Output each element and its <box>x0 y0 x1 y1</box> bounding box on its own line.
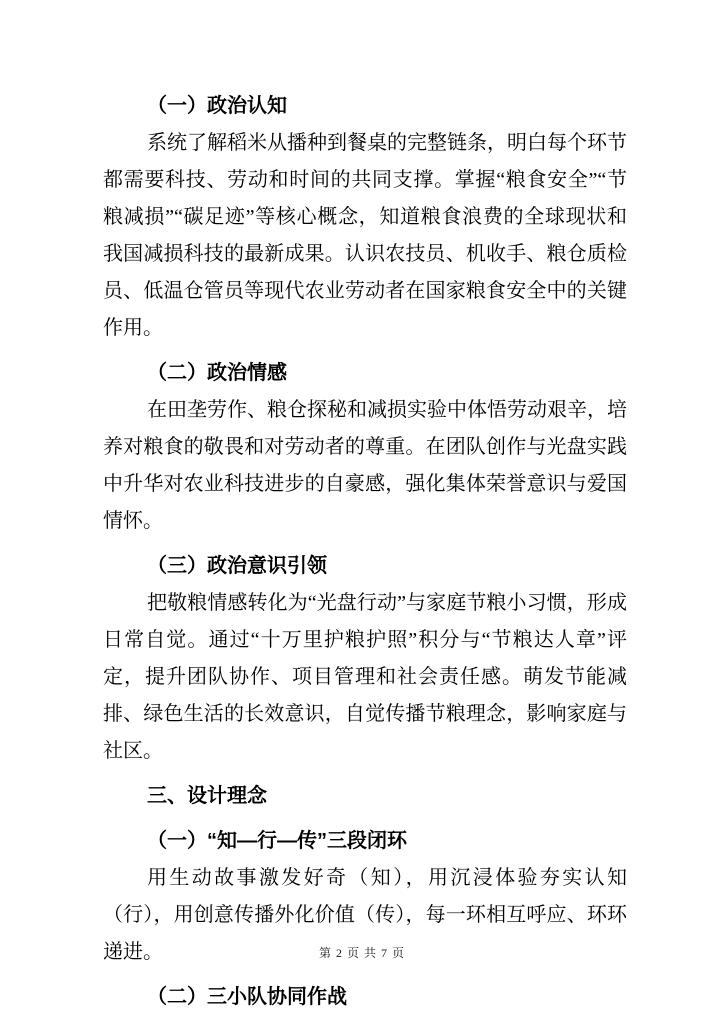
page-number: 第 2 页 共 7 页 <box>0 944 724 961</box>
heading-political-emotion: （二）政治情感 <box>103 355 627 392</box>
heading-know-act-spread-loop: （一）“知—行—传”三段闭环 <box>103 823 627 860</box>
heading-political-awareness: （三）政治意识引领 <box>103 548 627 585</box>
document-page: （一）政治认知 系统了解稻米从播种到餐桌的完整链条，明白每个环节都需要科技、劳动… <box>0 0 724 1024</box>
heading-three-teams-coordination: （二）三小队协同作战 <box>103 979 627 1016</box>
paragraph-political-awareness: 把敬粮情感转化为“光盘行动”与家庭节粮小习惯，形成日常自觉。通过“十万里护粮护照… <box>103 585 627 770</box>
heading-political-cognition: （一）政治认知 <box>103 88 627 125</box>
paragraph-political-cognition: 系统了解稻米从播种到餐桌的完整链条，明白每个环节都需要科技、劳动和时间的共同支撑… <box>103 125 627 347</box>
heading-design-philosophy: 三、设计理念 <box>103 778 627 815</box>
paragraph-political-emotion: 在田垄劳作、粮仓探秘和减损实验中体悟劳动艰辛，培养对粮食的敬畏和对劳动者的尊重。… <box>103 392 627 540</box>
document-body: （一）政治认知 系统了解稻米从播种到餐桌的完整链条，明白每个环节都需要科技、劳动… <box>103 88 627 1016</box>
